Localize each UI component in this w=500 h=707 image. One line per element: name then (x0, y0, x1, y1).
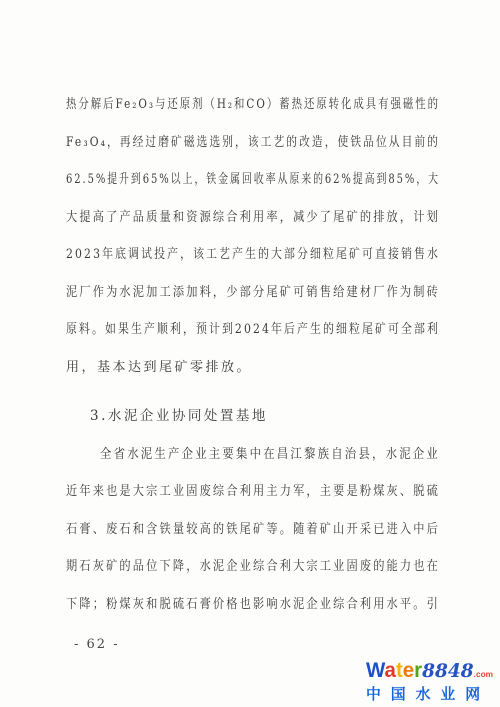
body-text: 热分解后Fe₂O₃与还原剂（H₂和CO）蓄热还原转化成具有强磁性的 Fe₃O₄，… (66, 86, 440, 623)
text-line: Fe₃O₄，再经过磨矿磁选选别，该工艺的改造，使铁品位从目前的 (66, 124, 440, 162)
brand-letter: W (366, 659, 385, 682)
text-line: 原料。如果生产顺利，预计到2024年后产生的细粒尾矿可全部利 (66, 311, 440, 349)
text-line-content: 热分解后Fe₂O₃与还原剂（H₂和CO）蓄热还原转化成具有强磁性的 (66, 86, 440, 124)
text-line-content: 石膏、废石和含铁量较高的铁尾矿等。随着矿山开采已进入中后 (66, 511, 440, 549)
brand-wordmark: Water8848.com (366, 659, 493, 683)
text-line-content: 62.5%提升到65%以上，铁金属回收率从原来的62%提高到85%，大 (66, 161, 440, 199)
text-line-content: 大提高了产品质量和资源综合利用率，减少了尾矿的排放，计划 (66, 199, 440, 237)
section-heading: 3.水泥企业协同处置基地 (66, 398, 440, 436)
paragraph-1: 热分解后Fe₂O₃与还原剂（H₂和CO）蓄热还原转化成具有强磁性的 Fe₃O₄，… (66, 86, 440, 386)
site-name: 中国水业网 (366, 684, 490, 705)
text-line: 62.5%提升到65%以上，铁金属回收率从原来的62%提高到85%，大 (66, 161, 440, 199)
text-line: 近年来也是大宗工业固废综合利用主力军，主要是粉煤灰、脱硫 (66, 473, 440, 511)
text-line: 2023年底调试投产，该工艺产生的大部分细粒尾矿可直接销售水 (66, 236, 440, 274)
text-line-content: 下降；粉煤灰和脱硫石膏价格也影响水泥企业综合利用水平。引 (66, 586, 440, 624)
text-line-content: 泥厂作为水泥加工添加料，少部分尾矿可销售给建材厂作为制砖 (66, 274, 440, 312)
text-line: 泥厂作为水泥加工添加料，少部分尾矿可销售给建材厂作为制砖 (66, 274, 440, 312)
watermark-logo: Water8848.com 中国水业网 (366, 659, 496, 705)
brand-tld: .com (474, 669, 493, 679)
text-line: 期石灰矿的品位下降，水泥企业综合利大宗工业固废的能力也在 (66, 548, 440, 586)
text-line-content: Fe₃O₄，再经过磨矿磁选选别，该工艺的改造，使铁品位从目前的 (66, 124, 440, 162)
text-line: 用，基本达到尾矿零排放。 (66, 349, 440, 387)
page-number: - 62 - (74, 637, 120, 652)
text-line-content: 期石灰矿的品位下降，水泥企业综合利大宗工业固废的能力也在 (66, 548, 440, 586)
paragraph-2: 全省水泥生产企业主要集中在昌江黎族自治县，水泥企业 近年来也是大宗工业固废综合利… (66, 436, 440, 624)
text-line-content: 2023年底调试投产，该工艺产生的大部分细粒尾矿可直接销售水 (66, 236, 440, 274)
document-page: 热分解后Fe₂O₃与还原剂（H₂和CO）蓄热还原转化成具有强磁性的 Fe₃O₄，… (0, 0, 500, 707)
brand-number: 8848 (422, 660, 474, 682)
text-line-content: 原料。如果生产顺利，预计到2024年后产生的细粒尾矿可全部利 (66, 311, 440, 349)
text-line: 热分解后Fe₂O₃与还原剂（H₂和CO）蓄热还原转化成具有强磁性的 (66, 86, 440, 124)
text-line-content: 近年来也是大宗工业固废综合利用主力军，主要是粉煤灰、脱硫 (66, 473, 440, 511)
brand-letter: t (396, 659, 403, 682)
brand-letter: a (385, 659, 396, 682)
text-line: 石膏、废石和含铁量较高的铁尾矿等。随着矿山开采已进入中后 (66, 511, 440, 549)
text-line: 全省水泥生产企业主要集中在昌江黎族自治县，水泥企业 (66, 436, 440, 474)
text-line-content: 全省水泥生产企业主要集中在昌江黎族自治县，水泥企业 (100, 436, 440, 474)
text-line-content: 用，基本达到尾矿零排放。 (66, 349, 252, 387)
brand-letter: e (403, 659, 414, 682)
text-line: 下降；粉煤灰和脱硫石膏价格也影响水泥企业综合利用水平。引 (66, 586, 440, 624)
text-line: 大提高了产品质量和资源综合利用率，减少了尾矿的排放，计划 (66, 199, 440, 237)
brand-letter: r (414, 659, 422, 682)
